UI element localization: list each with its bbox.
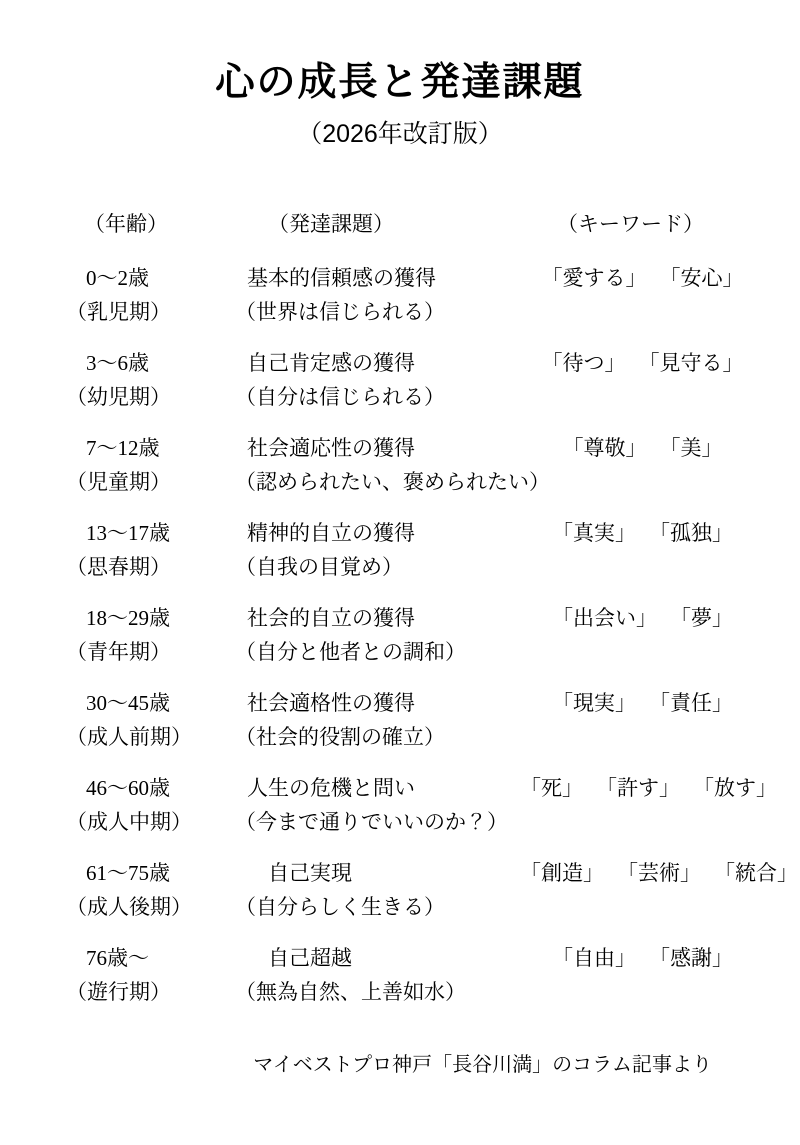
age-range: 0〜2歳 (60, 261, 215, 295)
age-cell: 18〜29歳 （青年期） (60, 601, 215, 669)
task-cell: 社会適格性の獲得 （社会的役割の確立） (215, 686, 520, 754)
age-cell: 13〜17歳 （思春期） (60, 516, 215, 584)
column-header-age: （年齢） (60, 207, 215, 241)
task-note: （自分らしく生きる） (215, 890, 520, 924)
keywords: 「創造」「芸術」「統合」 (520, 856, 798, 924)
task-note: （自分は信じられる） (215, 380, 520, 414)
keyword: 「感謝」 (649, 941, 733, 975)
age-cell: 3〜6歳 （幼児期） (60, 346, 215, 414)
column-header-task: （発達課題） (215, 207, 520, 241)
keyword: 「安心」 (660, 261, 744, 295)
task-cell: 自己実現 （自分らしく生きる） (215, 856, 520, 924)
age-range: 7〜12歳 (60, 431, 215, 465)
developmental-task: 自己肯定感の獲得 (215, 346, 520, 380)
keywords: 「現実」「責任」 (520, 686, 765, 754)
life-stage: （成人中期） (60, 805, 215, 839)
task-note: （認められたい、褒められたい） (215, 465, 520, 499)
developmental-task: 社会的自立の獲得 (215, 601, 520, 635)
footer-credit: マイベストプロ神戸「長谷川満」のコラム記事より (0, 1053, 800, 1077)
keywords: 「愛する」「安心」 (520, 261, 765, 329)
task-note: （自分と他者との調和） (215, 635, 520, 669)
document-page: 心の成長と発達課題 （2026年改訂版） （年齢） （発達課題） （キーワード）… (0, 60, 800, 1077)
table-row: 46〜60歳 （成人中期） 人生の危機と問い （今まで通りでいいのか？） 「死」… (60, 771, 765, 839)
keywords: 「真実」「孤独」 (520, 516, 765, 584)
task-cell: 自己超越 （無為自然、上善如水） (215, 941, 520, 1009)
keywords: 「出会い」「夢」 (520, 601, 765, 669)
keyword: 「待つ」 (542, 346, 626, 380)
keyword: 「放す」 (693, 771, 777, 805)
age-cell: 0〜2歳 （乳児期） (60, 261, 215, 329)
age-cell: 61〜75歳 （成人後期） (60, 856, 215, 924)
age-range: 13〜17歳 (60, 516, 215, 550)
keywords: 「尊敬」「美」 (520, 431, 765, 499)
age-range: 30〜45歳 (60, 686, 215, 720)
keyword: 「統合」 (714, 856, 798, 890)
keyword: 「夢」 (670, 601, 733, 635)
keyword: 「尊敬」 (563, 431, 647, 465)
developmental-task: 自己実現 (215, 856, 520, 890)
keyword: 「愛する」 (542, 261, 647, 295)
keyword: 「創造」 (520, 856, 604, 890)
keywords: 「自由」「感謝」 (520, 941, 765, 1009)
task-note: （社会的役割の確立） (215, 720, 520, 754)
age-cell: 7〜12歳 （児童期） (60, 431, 215, 499)
developmental-task: 社会適応性の獲得 (215, 431, 520, 465)
life-stage: （成人後期） (60, 890, 215, 924)
table-row: 18〜29歳 （青年期） 社会的自立の獲得 （自分と他者との調和） 「出会い」「… (60, 601, 765, 669)
life-stage: （成人前期） (60, 720, 215, 754)
life-stage: （青年期） (60, 635, 215, 669)
table-body: 0〜2歳 （乳児期） 基本的信頼感の獲得 （世界は信じられる） 「愛する」「安心… (60, 261, 765, 1009)
developmental-task: 自己超越 (215, 941, 520, 975)
task-note: （世界は信じられる） (215, 295, 520, 329)
keyword: 「美」 (660, 431, 723, 465)
task-cell: 社会的自立の獲得 （自分と他者との調和） (215, 601, 520, 669)
keyword: 「自由」 (552, 941, 636, 975)
table-row: 3〜6歳 （幼児期） 自己肯定感の獲得 （自分は信じられる） 「待つ」「見守る」 (60, 346, 765, 414)
developmental-task: 精神的自立の獲得 (215, 516, 520, 550)
life-stage: （思春期） (60, 550, 215, 584)
task-note: （自我の目覚め） (215, 550, 520, 584)
age-cell: 46〜60歳 （成人中期） (60, 771, 215, 839)
task-note: （今まで通りでいいのか？） (215, 805, 520, 839)
developmental-task: 人生の危機と問い (215, 771, 520, 805)
development-table: （年齢） （発達課題） （キーワード） 0〜2歳 （乳児期） 基本的信頼感の獲得… (0, 207, 800, 1009)
age-cell: 30〜45歳 （成人前期） (60, 686, 215, 754)
table-row: 76歳〜 （遊行期） 自己超越 （無為自然、上善如水） 「自由」「感謝」 (60, 941, 765, 1009)
age-range: 3〜6歳 (60, 346, 215, 380)
task-cell: 自己肯定感の獲得 （自分は信じられる） (215, 346, 520, 414)
task-note: （無為自然、上善如水） (215, 975, 520, 1009)
age-range: 61〜75歳 (60, 856, 215, 890)
keyword: 「責任」 (649, 686, 733, 720)
keyword: 「死」 (520, 771, 583, 805)
table-row: 30〜45歳 （成人前期） 社会適格性の獲得 （社会的役割の確立） 「現実」「責… (60, 686, 765, 754)
table-row: 13〜17歳 （思春期） 精神的自立の獲得 （自我の目覚め） 「真実」「孤独」 (60, 516, 765, 584)
table-row: 7〜12歳 （児童期） 社会適応性の獲得 （認められたい、褒められたい） 「尊敬… (60, 431, 765, 499)
task-cell: 社会適応性の獲得 （認められたい、褒められたい） (215, 431, 520, 499)
life-stage: （幼児期） (60, 380, 215, 414)
column-header-keywords: （キーワード） (508, 207, 753, 241)
keyword: 「孤独」 (649, 516, 733, 550)
keyword: 「見守る」 (639, 346, 744, 380)
page-subtitle: （2026年改訂版） (0, 119, 800, 149)
age-range: 76歳〜 (60, 941, 215, 975)
page-title: 心の成長と発達課題 (0, 60, 800, 107)
keyword: 「許す」 (596, 771, 680, 805)
life-stage: （遊行期） (60, 975, 215, 1009)
keyword: 「現実」 (552, 686, 636, 720)
keyword: 「真実」 (552, 516, 636, 550)
keywords: 「死」「許す」「放す」 (520, 771, 777, 839)
age-cell: 76歳〜 （遊行期） (60, 941, 215, 1009)
task-cell: 精神的自立の獲得 （自我の目覚め） (215, 516, 520, 584)
keyword: 「出会い」 (552, 601, 657, 635)
table-row: 0〜2歳 （乳児期） 基本的信頼感の獲得 （世界は信じられる） 「愛する」「安心… (60, 261, 765, 329)
age-range: 46〜60歳 (60, 771, 215, 805)
keyword: 「芸術」 (617, 856, 701, 890)
life-stage: （乳児期） (60, 295, 215, 329)
table-row: 61〜75歳 （成人後期） 自己実現 （自分らしく生きる） 「創造」「芸術」「統… (60, 856, 765, 924)
table-header-row: （年齢） （発達課題） （キーワード） (60, 207, 765, 241)
developmental-task: 社会適格性の獲得 (215, 686, 520, 720)
keywords: 「待つ」「見守る」 (520, 346, 765, 414)
age-range: 18〜29歳 (60, 601, 215, 635)
task-cell: 人生の危機と問い （今まで通りでいいのか？） (215, 771, 520, 839)
task-cell: 基本的信頼感の獲得 （世界は信じられる） (215, 261, 520, 329)
life-stage: （児童期） (60, 465, 215, 499)
developmental-task: 基本的信頼感の獲得 (215, 261, 520, 295)
